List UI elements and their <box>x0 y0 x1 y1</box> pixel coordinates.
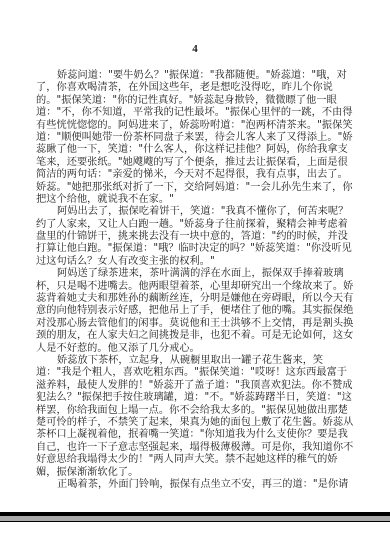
text-line: 道："顺便叫她带一份茶杯同盘子来罢，待会儿客人来了又得添上。"娇 <box>36 132 356 144</box>
text-line: 好意思给我塌得太少的！"两人同声大笑。禁不起她这样的稚气的娇 <box>36 454 356 466</box>
text-line: 打算让他白跑。"振保道："哦？临时决定的吗？"娇蕊笑道："你没听见 <box>36 243 356 255</box>
text-line: 道："我是个粗人，喜欢吃粗东西。"振保笑道："哎呀！这东西最富于 <box>36 367 356 379</box>
text-line: 人是不好惹的。他又添了几分戒心。 <box>36 343 356 355</box>
text-line: 的。"振保笑道："你的记性真好。"娇蕊起身揿铃，微微瞟了他一眼 <box>36 95 356 107</box>
text-line: 有些恍恍惚惚的。阿妈进来了，娇蕊吩咐道："泡两杯清茶来。"振保笑 <box>36 120 356 132</box>
text-line: 对没那心肠去管他们的闲事。莫说他和王士洪够不上交情，再是割头换 <box>36 318 356 330</box>
text-line: 约了人家来，又让人白跑一趟。"娇蕊身子往前探着，聚精会神考虑着 <box>36 219 356 231</box>
paragraph-first-line: 正喝着茶，外面门铃响，振保有点坐立不安，再三的道："是你请 <box>36 479 356 491</box>
text-line: 简洁的两句话："亲爱的悌米，今天对不起得很，我有点事，出去了。 <box>36 169 356 181</box>
paragraph-first-line: 娇蕊放下茶杯，立起身，从碗橱里取出一罐子花生酱来，笑 <box>36 355 356 367</box>
page-bottom-rule-thin <box>0 521 390 522</box>
text-line: 蕊背着她丈夫和那姓孙的藕断丝连，分明是嫌他在旁碍眼，所以今天有 <box>36 293 356 305</box>
text-line: 蕊瞅了他一下，笑道："什么客人，你这样记挂他？阿妈，你给我拿支 <box>36 144 356 156</box>
text-line: 犯法么？"振保把手按住玻璃罐，道："不。"娇蕊踌躇半日，笑道："这 <box>36 392 356 404</box>
page-number: 4 <box>0 43 390 55</box>
text-line: 了，你喜欢喝清茶，在外国这些年，老是想吃没得吃，昨儿个你说 <box>36 82 356 94</box>
paragraph-first-line: 阿妈送了绿茶进来，茶叶满满的浮在水面上，振保双手捧着玻璃 <box>36 268 356 280</box>
text-line: 过这句话么？女人有改变主张的权利。" <box>36 256 356 268</box>
text-line: 把这个给他，就说我不在家。" <box>36 194 356 206</box>
text-line: 意的向他特别表示好感，把他吊上了手，便堵住了他的嘴。其实振保绝 <box>36 305 356 317</box>
paragraph-first-line: 阿妈出去了，振保吃着饼干，笑道："我真不懂你了，何苦来呢？ <box>36 206 356 218</box>
text-line: 杯，只是喝不进嘴去。他两眼望着茶，心里却研究出一个缘故来了。娇 <box>36 281 356 293</box>
text-line: 楚可怜的样子，不禁笑了起来，果真为她的面包上敷了花生酱。娇蕊从 <box>36 417 356 429</box>
text-line: 娇蕊。"她把那张纸对折了一下，交给阿妈道："一会儿孙先生来了，你 <box>36 182 356 194</box>
text-line: 道："不，你不知道，平常我的记性最坏。"振保心里怦的一跳，不由得 <box>36 107 356 119</box>
document-body: 娇蕊问道："要牛奶么？"振保道："我都随便。"娇蕊道："哦，对了，你喜欢喝清茶，… <box>36 70 356 491</box>
text-line: 样罢，你给我面包上塌一点。你不会给我太多的。"振保见她做出那楚 <box>36 405 356 417</box>
text-line: 滋养料，最使人发胖的！"娇蕊开了盖子道："我顶喜欢犯法。你不赞成 <box>36 380 356 392</box>
paragraph-first-line: 娇蕊问道："要牛奶么？"振保道："我都随便。"娇蕊道："哦，对 <box>36 70 356 82</box>
text-line: 自己，也许一下子意志坚强起来，塌得极薄极薄。可是你，我知道你不 <box>36 442 356 454</box>
text-line: 盘里的什锦饼干，挑来挑去没有一块中意的，答道："约的时候，并没 <box>36 231 356 243</box>
text-line: 颈的朋友，在人家夫妇之间挑拨是非，也犯不着。可是无论如何，这女 <box>36 330 356 342</box>
text-line: 媚，振保渐渐软化了。 <box>36 467 356 479</box>
text-line: 笔来，还要张纸。"她飕飕的写了个便条，推过去让振保看，上面是很 <box>36 157 356 169</box>
text-line: 茶杯口上凝视着他，抿着嘴一笑道："你知道我为什么支使你？要是我 <box>36 429 356 441</box>
